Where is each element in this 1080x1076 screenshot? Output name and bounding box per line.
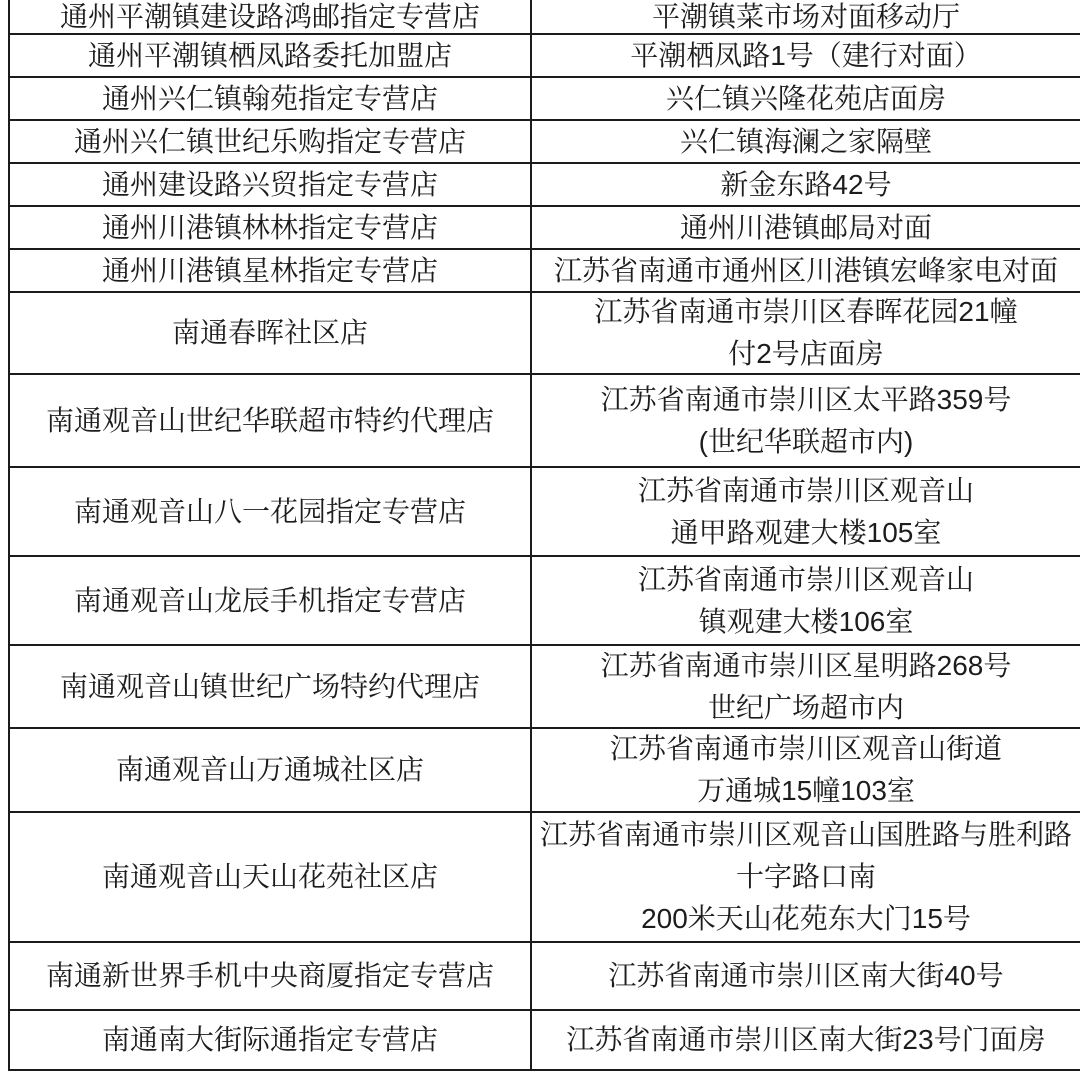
- table-row: 通州兴仁镇世纪乐购指定专营店兴仁镇海澜之家隔壁: [10, 121, 1080, 164]
- address-line: 平潮栖凤路1号（建行对面）: [630, 35, 982, 77]
- address-line: 江苏省南通市崇川区观音山: [638, 470, 974, 512]
- table-row: 南通观音山八一花园指定专营店江苏省南通市崇川区观音山通甲路观建大楼105室: [10, 468, 1080, 557]
- store-name-cell: 通州川港镇星林指定专营店: [10, 250, 532, 291]
- table-row: 通州川港镇林林指定专营店通州川港镇邮局对面: [10, 207, 1080, 250]
- store-name-cell: 通州川港镇林林指定专营店: [10, 207, 532, 248]
- address-line: (世纪华联超市内): [699, 421, 914, 463]
- address-line: 镇观建大楼106室: [699, 601, 914, 643]
- table-row: 南通观音山龙辰手机指定专营店江苏省南通市崇川区观音山镇观建大楼106室: [10, 557, 1080, 646]
- store-name-cell: 通州平潮镇栖凤路委托加盟店: [10, 35, 532, 76]
- store-address-cell: 兴仁镇海澜之家隔壁: [532, 121, 1080, 162]
- address-line: 兴仁镇海澜之家隔壁: [680, 121, 932, 163]
- address-line: 世纪广场超市内: [708, 687, 904, 729]
- table-row: 南通新世界手机中央商厦指定专营店江苏省南通市崇川区南大街40号: [10, 943, 1080, 1011]
- store-name-cell: 南通观音山龙辰手机指定专营店: [10, 557, 532, 644]
- store-address-table: 通州平潮镇建设路鸿邮指定专营店平潮镇菜市场对面移动厅通州平潮镇栖凤路委托加盟店平…: [8, 0, 1080, 1071]
- table-row: 通州建设路兴贸指定专营店新金东路42号: [10, 164, 1080, 207]
- table-row: 南通观音山万通城社区店江苏省南通市崇川区观音山街道万通城15幢103室: [10, 729, 1080, 813]
- table-row: 通州平潮镇栖凤路委托加盟店平潮栖凤路1号（建行对面）: [10, 35, 1080, 78]
- address-line: 江苏省南通市崇川区星明路268号: [601, 645, 1012, 687]
- store-name-cell: 南通春晖社区店: [10, 293, 532, 373]
- store-name-cell: 南通南大街际通指定专营店: [10, 1011, 532, 1069]
- store-name-cell: 通州兴仁镇世纪乐购指定专营店: [10, 121, 532, 162]
- table-row: 南通观音山镇世纪广场特约代理店江苏省南通市崇川区星明路268号世纪广场超市内: [10, 646, 1080, 729]
- address-line: 江苏省南通市崇川区观音山街道: [610, 728, 1002, 770]
- table-row: 通州平潮镇建设路鸿邮指定专营店平潮镇菜市场对面移动厅: [10, 0, 1080, 35]
- address-line: 江苏省南通市崇川区春晖花园21幢: [594, 291, 1017, 333]
- table-row: 通州兴仁镇翰苑指定专营店兴仁镇兴隆花苑店面房: [10, 78, 1080, 121]
- store-name-cell: 通州建设路兴贸指定专营店: [10, 164, 532, 205]
- store-address-cell: 平潮镇菜市场对面移动厅: [532, 0, 1080, 33]
- address-line: 江苏省南通市崇川区南大街40号: [608, 955, 1003, 997]
- store-address-cell: 江苏省南通市崇川区观音山镇观建大楼106室: [532, 557, 1080, 644]
- address-line: 通甲路观建大楼105室: [671, 512, 942, 554]
- store-address-cell: 江苏省南通市崇川区观音山街道万通城15幢103室: [532, 729, 1080, 811]
- address-line: 付2号店面房: [728, 333, 884, 375]
- store-address-cell: 江苏省南通市崇川区南大街23号门面房: [532, 1011, 1080, 1069]
- store-name-cell: 南通观音山八一花园指定专营店: [10, 468, 532, 555]
- store-address-cell: 江苏省南通市崇川区观音山通甲路观建大楼105室: [532, 468, 1080, 555]
- store-name-cell: 南通观音山世纪华联超市特约代理店: [10, 375, 532, 466]
- address-line: 江苏省南通市崇川区观音山国胜路与胜利路: [540, 814, 1072, 856]
- store-address-cell: 兴仁镇兴隆花苑店面房: [532, 78, 1080, 119]
- store-address-cell: 江苏省南通市崇川区南大街40号: [532, 943, 1080, 1009]
- store-name-cell: 通州平潮镇建设路鸿邮指定专营店: [10, 0, 532, 33]
- store-address-cell: 江苏省南通市崇川区观音山国胜路与胜利路十字路口南200米天山花苑东大门15号: [532, 813, 1080, 941]
- store-address-cell: 新金东路42号: [532, 164, 1080, 205]
- store-name-cell: 南通观音山镇世纪广场特约代理店: [10, 646, 532, 727]
- store-name-cell: 南通观音山万通城社区店: [10, 729, 532, 811]
- store-address-cell: 江苏省南通市通州区川港镇宏峰家电对面: [532, 250, 1080, 291]
- address-line: 十字路口南: [736, 856, 876, 898]
- store-address-cell: 平潮栖凤路1号（建行对面）: [532, 35, 1080, 76]
- store-address-cell: 江苏省南通市崇川区太平路359号(世纪华联超市内): [532, 375, 1080, 466]
- table-row: 南通观音山天山花苑社区店江苏省南通市崇川区观音山国胜路与胜利路十字路口南200米…: [10, 813, 1080, 943]
- address-line: 江苏省南通市崇川区南大街23号门面房: [566, 1019, 1045, 1061]
- store-name-cell: 南通观音山天山花苑社区店: [10, 813, 532, 941]
- table-row: 南通观音山世纪华联超市特约代理店江苏省南通市崇川区太平路359号(世纪华联超市内…: [10, 375, 1080, 468]
- table-row: 通州川港镇星林指定专营店江苏省南通市通州区川港镇宏峰家电对面: [10, 250, 1080, 293]
- address-line: 兴仁镇兴隆花苑店面房: [666, 78, 946, 120]
- store-name-cell: 南通新世界手机中央商厦指定专营店: [10, 943, 532, 1009]
- address-line: 万通城15幢103室: [697, 770, 915, 812]
- store-name-cell: 通州兴仁镇翰苑指定专营店: [10, 78, 532, 119]
- address-line: 江苏省南通市崇川区太平路359号: [601, 379, 1012, 421]
- table-row: 南通南大街际通指定专营店江苏省南通市崇川区南大街23号门面房: [10, 1011, 1080, 1071]
- store-address-cell: 通州川港镇邮局对面: [532, 207, 1080, 248]
- address-line: 新金东路42号: [720, 164, 891, 206]
- table-row: 南通春晖社区店江苏省南通市崇川区春晖花园21幢付2号店面房: [10, 293, 1080, 375]
- address-line: 200米天山花苑东大门15号: [641, 898, 971, 940]
- address-line: 江苏省南通市通州区川港镇宏峰家电对面: [554, 250, 1058, 292]
- address-line: 通州川港镇邮局对面: [680, 207, 932, 249]
- address-line: 江苏省南通市崇川区观音山: [638, 559, 974, 601]
- store-address-cell: 江苏省南通市崇川区星明路268号世纪广场超市内: [532, 646, 1080, 727]
- address-line: 平潮镇菜市场对面移动厅: [652, 0, 960, 38]
- store-address-cell: 江苏省南通市崇川区春晖花园21幢付2号店面房: [532, 293, 1080, 373]
